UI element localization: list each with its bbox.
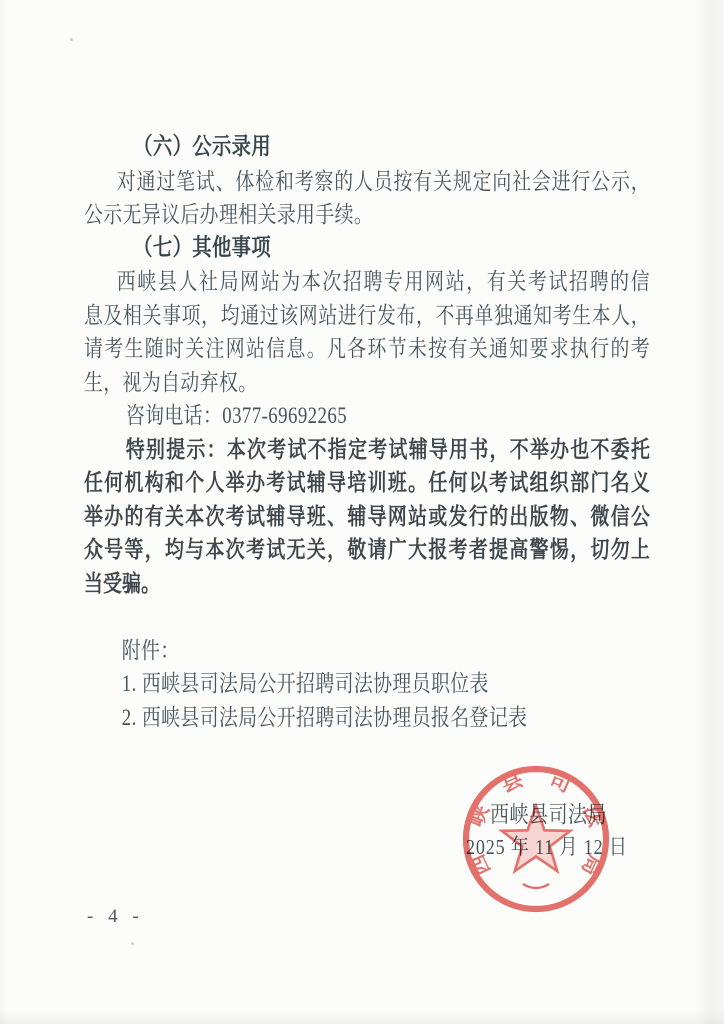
scan-edge-shadow	[0, 1010, 724, 1024]
scan-speck	[70, 38, 73, 41]
seal-bottom-mark	[523, 884, 549, 888]
section-6-heading: （六）公示录用	[84, 131, 699, 165]
document-body: （六）公示录用对通过笔试、体检和考察的人员按有关规定向社会进行公示，公示无异议后…	[84, 131, 650, 734]
scan-speck	[136, 657, 139, 660]
seal-char-si: 司	[546, 767, 575, 797]
attachment-2: 2. 西峡县司法局公开招聘司法协理员报名登记表	[84, 701, 688, 735]
signature-org: 西峡县司法局	[490, 801, 607, 828]
attachment-1: 1. 西峡县司法局公开招聘司法协理员职位表	[84, 667, 688, 701]
phone-line: 咨询电话：0377-69692265	[84, 399, 692, 433]
para-1-line-2: 公示无异议后办理相关录用手续。	[84, 198, 650, 232]
para-2-line-3: 请考生随时关注网站信息。凡各环节未按有关通知要求执行的考	[84, 332, 650, 366]
section-7-heading: （七）其他事项	[84, 232, 699, 266]
notice-line-2: 任何机构和个人举办考试辅导培训班。任何以考试组织部门名义	[84, 466, 650, 500]
para-2-line-2: 息及相关事项，均通过该网站进行发布，不再单独通知考生本人，	[84, 299, 650, 333]
seal-char-xian: 县	[497, 767, 526, 797]
notice-line-4: 众号等，均与本次考试无关，敬请广大报考者提高警惕，切勿上	[84, 533, 650, 567]
para-1-line-1: 对通过笔试、体检和考察的人员按有关规定向社会进行公示，	[84, 165, 650, 199]
attachments-heading: 附件：	[84, 634, 688, 668]
para-2-line-1: 西峡县人社局网站为本次招聘专用网站，有关考试招聘的信	[84, 265, 650, 299]
para-2-line-4: 生，视为自动弃权。	[84, 366, 650, 400]
page-number: - 4 -	[87, 906, 144, 928]
notice-line-5: 当受骗。	[84, 567, 650, 601]
signature-date: 2025 年 11 月 12 日	[466, 835, 628, 860]
spacer	[84, 600, 650, 634]
scan-speck	[131, 942, 134, 945]
notice-line-1: 特别提示：本次考试不指定考试辅导用书，不举办也不委托	[84, 433, 650, 467]
notice-line-3: 举办的有关本次考试辅导班、辅导网站或发行的出版物、微信公	[84, 500, 650, 534]
